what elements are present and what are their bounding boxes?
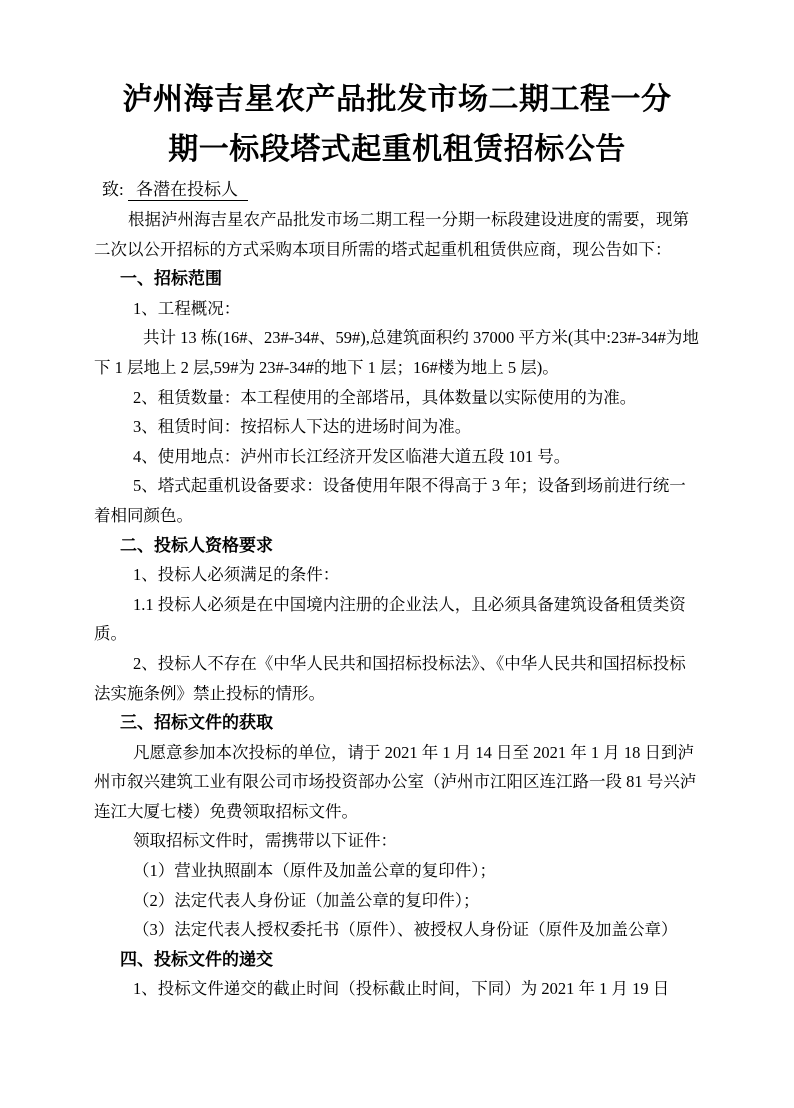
salutation-label: 致: [102,180,124,199]
item-project-overview: 1、工程概况： [94,294,700,324]
section-heading-bidding-scope: 一、招标范围 [94,264,700,294]
item-project-details: 共计 13 栋(16#、23#-34#、59#),总建筑面积约 37000 平方… [94,323,700,382]
section-heading-bid-submission: 四、投标文件的递交 [94,945,700,975]
item-bidder-conditions: 1、投标人必须满足的条件： [94,560,700,590]
page-title-line-2: 期一标段塔式起重机租赁招标公告 [94,125,700,175]
item-document-acquisition-info: 凡愿意参加本次投标的单位，请于 2021 年 1 月 14 日至 2021 年 … [94,738,700,827]
item-rental-time: 3、租赁时间：按招标人下达的进场时间为准。 [94,412,700,442]
paragraph-intro: 根据泸州海吉星农产品批发市场二期工程一分期一标段建设进度的需要，现第二次以公开招… [94,205,700,264]
item-rental-quantity: 2、租赁数量：本工程使用的全部塔吊，具体数量以实际使用的为准。 [94,383,700,413]
item-submission-deadline: 1、投标文件递交的截止时间（投标截止时间，下同）为 2021 年 1 月 19 … [94,974,700,1004]
section-heading-document-acquisition: 三、招标文件的获取 [94,708,700,738]
item-certificate-2: （2）法定代表人身份证（加盖公章的复印件）； [94,886,700,916]
item-equipment-requirements: 5、塔式起重机设备要求：设备使用年限不得高于 3 年；设备到场前进行统一着相同颜… [94,471,700,530]
document-page: { "page": { "background_color": "#ffffff… [0,0,794,1108]
item-bidder-prohibited: 2、投标人不存在《中华人民共和国招标投标法》、《中华人民共和国招标投标法实施条例… [94,649,700,708]
section-heading-bidder-qualifications: 二、投标人资格要求 [94,531,700,561]
item-bidder-condition-1-1: 1.1 投标人必须是在中国境内注册的企业法人，且必须具备建筑设备租赁类资质。 [94,590,700,649]
page-title: 泸州海吉星农产品批发市场二期工程一分 期一标段塔式起重机租赁招标公告 [94,75,700,175]
salutation: 致: 各潜在投标人 [94,175,700,205]
document-body: 泸州海吉星农产品批发市场二期工程一分 期一标段塔式起重机租赁招标公告 致: 各潜… [94,0,700,1004]
item-use-location: 4、使用地点：泸州市长江经济开发区临港大道五段 101 号。 [94,442,700,472]
item-certificate-1: （1）营业执照副本（原件及加盖公章的复印件）； [94,856,700,886]
item-required-certificates-intro: 领取招标文件时，需携带以下证件： [94,826,700,856]
item-certificate-3: （3）法定代表人授权委托书（原件）、被授权人身份证（原件及加盖公章） [94,915,700,945]
salutation-recipient: 各潜在投标人 [128,180,248,201]
page-title-line-1: 泸州海吉星农产品批发市场二期工程一分 [94,75,700,125]
